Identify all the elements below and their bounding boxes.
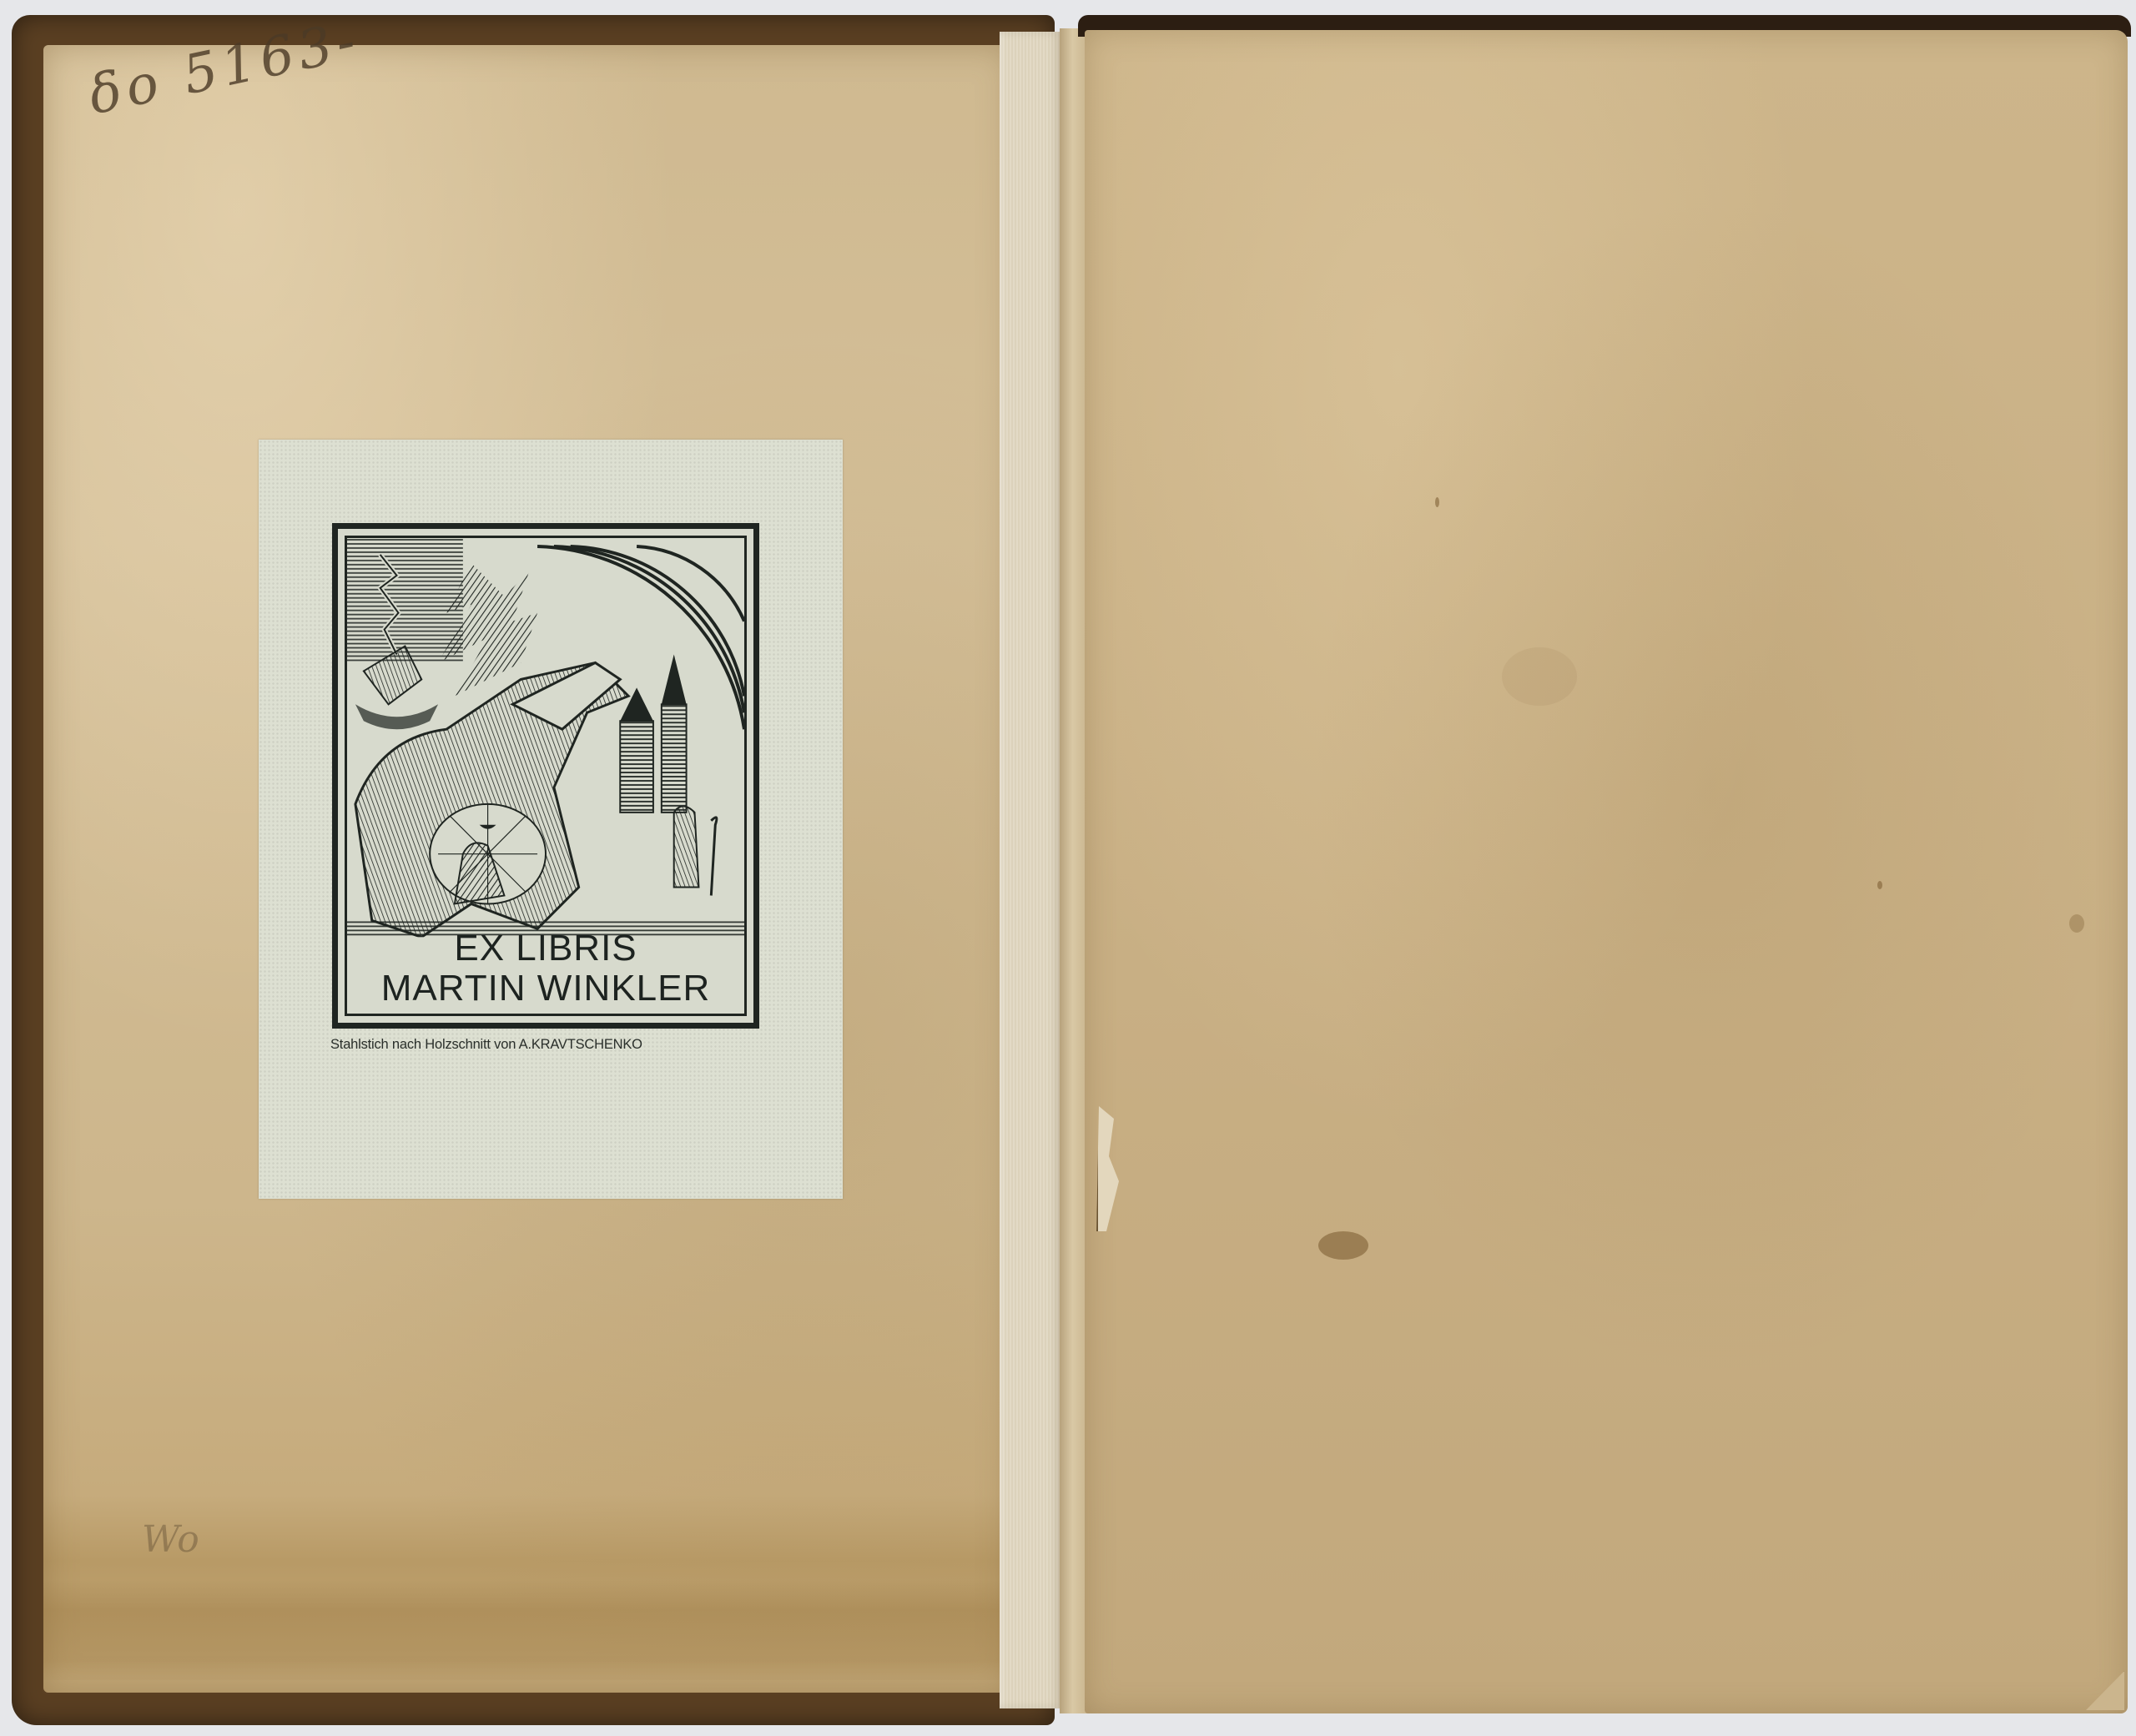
foxing-spot bbox=[2069, 914, 2084, 933]
foxing-spot bbox=[1435, 497, 1439, 507]
pencil-note-bottom: Wo bbox=[142, 1518, 199, 1561]
cloth-hinge bbox=[1000, 32, 1061, 1708]
water-stain bbox=[43, 1580, 1011, 1680]
bookplate-title: EX LIBRIS bbox=[347, 930, 744, 967]
free-endpaper bbox=[1085, 30, 2128, 1713]
foxing-spot bbox=[1318, 1231, 1368, 1260]
bookplate-engraving-area: EX LIBRIS MARTIN WINKLER bbox=[345, 536, 747, 1016]
book-photo: δο 5163- Wo bbox=[0, 0, 2136, 1736]
bookplate-frame: EX LIBRIS MARTIN WINKLER bbox=[332, 523, 759, 1029]
bookplate-owner-name: MARTIN WINKLER bbox=[347, 970, 744, 1007]
bookplate-artist-credit: Stahlstich nach Holzschnitt von A.KRAVTS… bbox=[330, 1037, 764, 1053]
bookplate: EX LIBRIS MARTIN WINKLER Stahlstich nach… bbox=[259, 440, 843, 1199]
gutter bbox=[1060, 28, 1088, 1713]
foxing-spot bbox=[1877, 881, 1882, 889]
corner-fold bbox=[2086, 1671, 2124, 1710]
endpaper-tear bbox=[1096, 1106, 1121, 1231]
foxing-spot bbox=[1502, 647, 1577, 706]
